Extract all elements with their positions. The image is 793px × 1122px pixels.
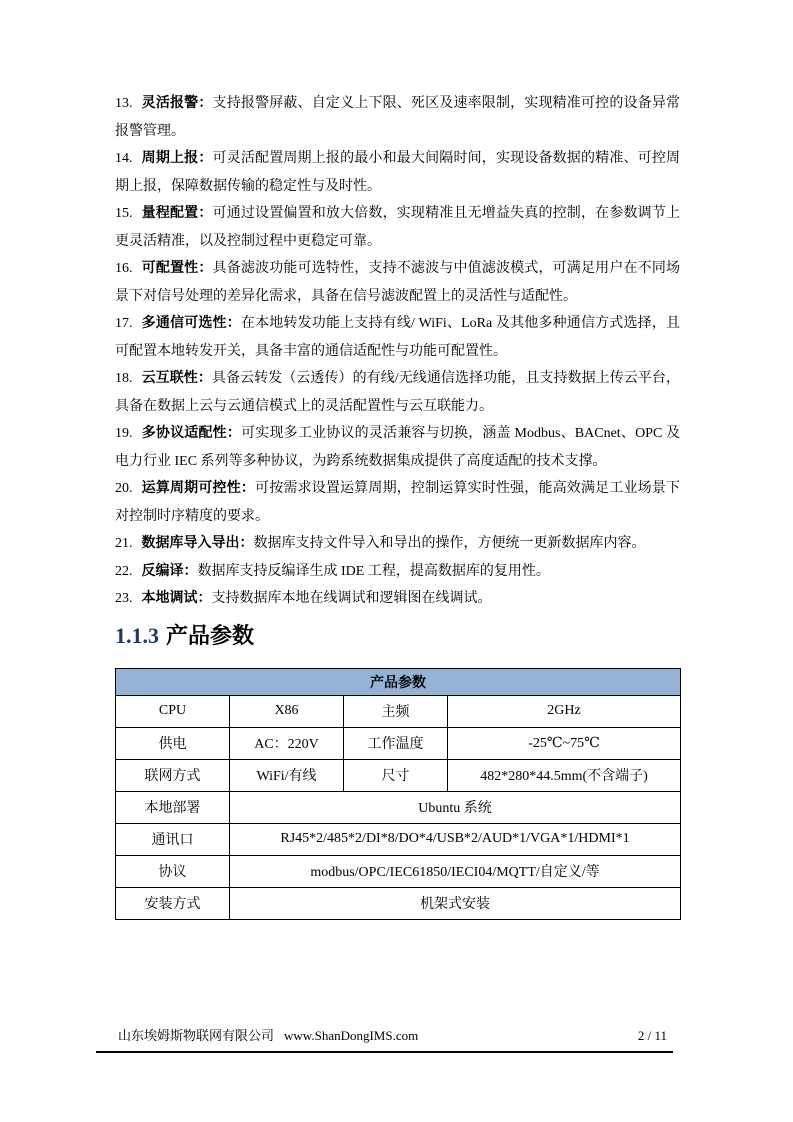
- param-value: 机架式安装: [230, 887, 681, 919]
- footer-company-name: 山东埃姆斯物联网有限公司: [118, 1028, 274, 1044]
- table-row: 协议 modbus/OPC/IEC61850/IECI04/MQTT/自定义/等: [116, 855, 681, 887]
- list-item: 13.灵活报警：支持报警屏蔽、自定义上下限、死区及速率限制，实现精准可控的设备异…: [115, 90, 680, 145]
- item-label: 运算周期可控性：: [142, 481, 256, 496]
- list-item: 17.多通信可选性：在本地转发功能上支持有线/ WiFi、LoRa 及其他多种通…: [115, 310, 680, 365]
- table-row: CPU X86 主频 2GHz: [116, 695, 681, 727]
- item-label: 周期上报：: [142, 151, 213, 166]
- item-label: 多通信可选性：: [142, 316, 241, 331]
- table-row: 安装方式 机架式安装: [116, 887, 681, 919]
- list-item: 22.反编译：数据库支持反编译生成 IDE 工程，提高数据库的复用性。: [115, 558, 680, 586]
- item-label: 本地调试：: [142, 591, 212, 606]
- section-heading-title: 产品参数: [166, 623, 254, 648]
- item-number: 13.: [115, 96, 133, 111]
- table-row: 供电 AC：220V 工作温度 -25℃~75℃: [116, 727, 681, 759]
- item-number: 16.: [115, 261, 133, 276]
- item-number: 23.: [115, 591, 133, 606]
- item-label: 数据库导入导出：: [142, 536, 254, 551]
- list-item: 20.运算周期可控性：可按需求设置运算周期，控制运算实时性强，能高效满足工业场景…: [115, 475, 680, 530]
- item-number: 20.: [115, 481, 133, 496]
- item-label: 可配置性：: [142, 261, 213, 276]
- table-title: 产品参数: [116, 668, 681, 695]
- item-text: 支持数据库本地在线调试和逻辑图在线调试。: [212, 591, 492, 606]
- item-text: 数据库支持反编译生成 IDE 工程，提高数据库的复用性。: [198, 564, 550, 579]
- param-name: 协议: [116, 855, 230, 887]
- param-value: 2GHz: [448, 695, 681, 727]
- footer-website: www.ShanDongIMS.com: [284, 1028, 418, 1044]
- item-number: 15.: [115, 206, 133, 221]
- section-heading-number: 1.1.3: [115, 623, 159, 648]
- item-number: 18.: [115, 371, 133, 386]
- table-row: 联网方式 WiFi/有线 尺寸 482*280*44.5mm(不含端子): [116, 759, 681, 791]
- list-item: 14.周期上报：可灵活配置周期上报的最小和最大间隔时间，实现设备数据的精准、可控…: [115, 145, 680, 200]
- document-page: 13.灵活报警：支持报警屏蔽、自定义上下限、死区及速率限制，实现精准可控的设备异…: [0, 0, 793, 1122]
- param-name: 通讯口: [116, 823, 230, 855]
- page-footer: 山东埃姆斯物联网有限公司 www.ShanDongIMS.com 2 / 11: [96, 1028, 673, 1053]
- param-name: 工作温度: [344, 727, 448, 759]
- list-item: 16.可配置性：具备滤波功能可选特性，支持不滤波与中值滤波模式，可满足用户在不同…: [115, 255, 680, 310]
- item-number: 19.: [115, 426, 133, 441]
- product-parameters-table: 产品参数 CPU X86 主频 2GHz 供电 AC：220V 工作温度 -25…: [115, 668, 681, 920]
- list-item: 21.数据库导入导出：数据库支持文件导入和导出的操作，方便统一更新数据库内容。: [115, 530, 680, 558]
- item-label: 反编译：: [142, 564, 198, 579]
- param-name: CPU: [116, 695, 230, 727]
- param-value: modbus/OPC/IEC61850/IECI04/MQTT/自定义/等: [230, 855, 681, 887]
- param-value: X86: [230, 695, 344, 727]
- table-header-row: 产品参数: [116, 668, 681, 695]
- item-number: 17.: [115, 316, 133, 331]
- page-number: 2 / 11: [638, 1028, 667, 1044]
- table-row: 本地部署 Ubuntu 系统: [116, 791, 681, 823]
- param-name: 供电: [116, 727, 230, 759]
- item-label: 灵活报警：: [142, 96, 213, 111]
- param-value: -25℃~75℃: [448, 727, 681, 759]
- param-name: 本地部署: [116, 791, 230, 823]
- param-value: Ubuntu 系统: [230, 791, 681, 823]
- list-item: 15.量程配置：可通过设置偏置和放大倍数，实现精准且无增益失真的控制，在参数调节…: [115, 200, 680, 255]
- item-label: 多协议适配性：: [142, 426, 242, 441]
- table-row: 通讯口 RJ45*2/485*2/DI*8/DO*4/USB*2/AUD*1/V…: [116, 823, 681, 855]
- section-heading: 1.1.3产品参数: [115, 620, 680, 652]
- param-value: RJ45*2/485*2/DI*8/DO*4/USB*2/AUD*1/VGA*1…: [230, 823, 681, 855]
- param-value: 482*280*44.5mm(不含端子): [448, 759, 681, 791]
- param-value: AC：220V: [230, 727, 344, 759]
- param-name: 尺寸: [344, 759, 448, 791]
- list-item: 19.多协议适配性：可实现多工业协议的灵活兼容与切换，涵盖 Modbus、BAC…: [115, 420, 680, 475]
- param-value: WiFi/有线: [230, 759, 344, 791]
- item-label: 云互联性：: [142, 371, 212, 386]
- list-item: 18.云互联性：具备云转发（云透传）的有线/无线通信选择功能，且支持数据上传云平…: [115, 365, 680, 420]
- item-text: 数据库支持文件导入和导出的操作，方便统一更新数据库内容。: [254, 536, 646, 551]
- page-content: 13.灵活报警：支持报警屏蔽、自定义上下限、死区及速率限制，实现精准可控的设备异…: [115, 90, 680, 920]
- item-number: 14.: [115, 151, 133, 166]
- item-number: 22.: [115, 564, 133, 579]
- footer-row: 山东埃姆斯物联网有限公司 www.ShanDongIMS.com 2 / 11: [96, 1028, 673, 1044]
- param-name: 主频: [344, 695, 448, 727]
- param-name: 联网方式: [116, 759, 230, 791]
- item-number: 21.: [115, 536, 133, 551]
- item-label: 量程配置：: [142, 206, 213, 221]
- feature-list: 13.灵活报警：支持报警屏蔽、自定义上下限、死区及速率限制，实现精准可控的设备异…: [115, 90, 680, 613]
- list-item: 23.本地调试：支持数据库本地在线调试和逻辑图在线调试。: [115, 585, 680, 613]
- param-name: 安装方式: [116, 887, 230, 919]
